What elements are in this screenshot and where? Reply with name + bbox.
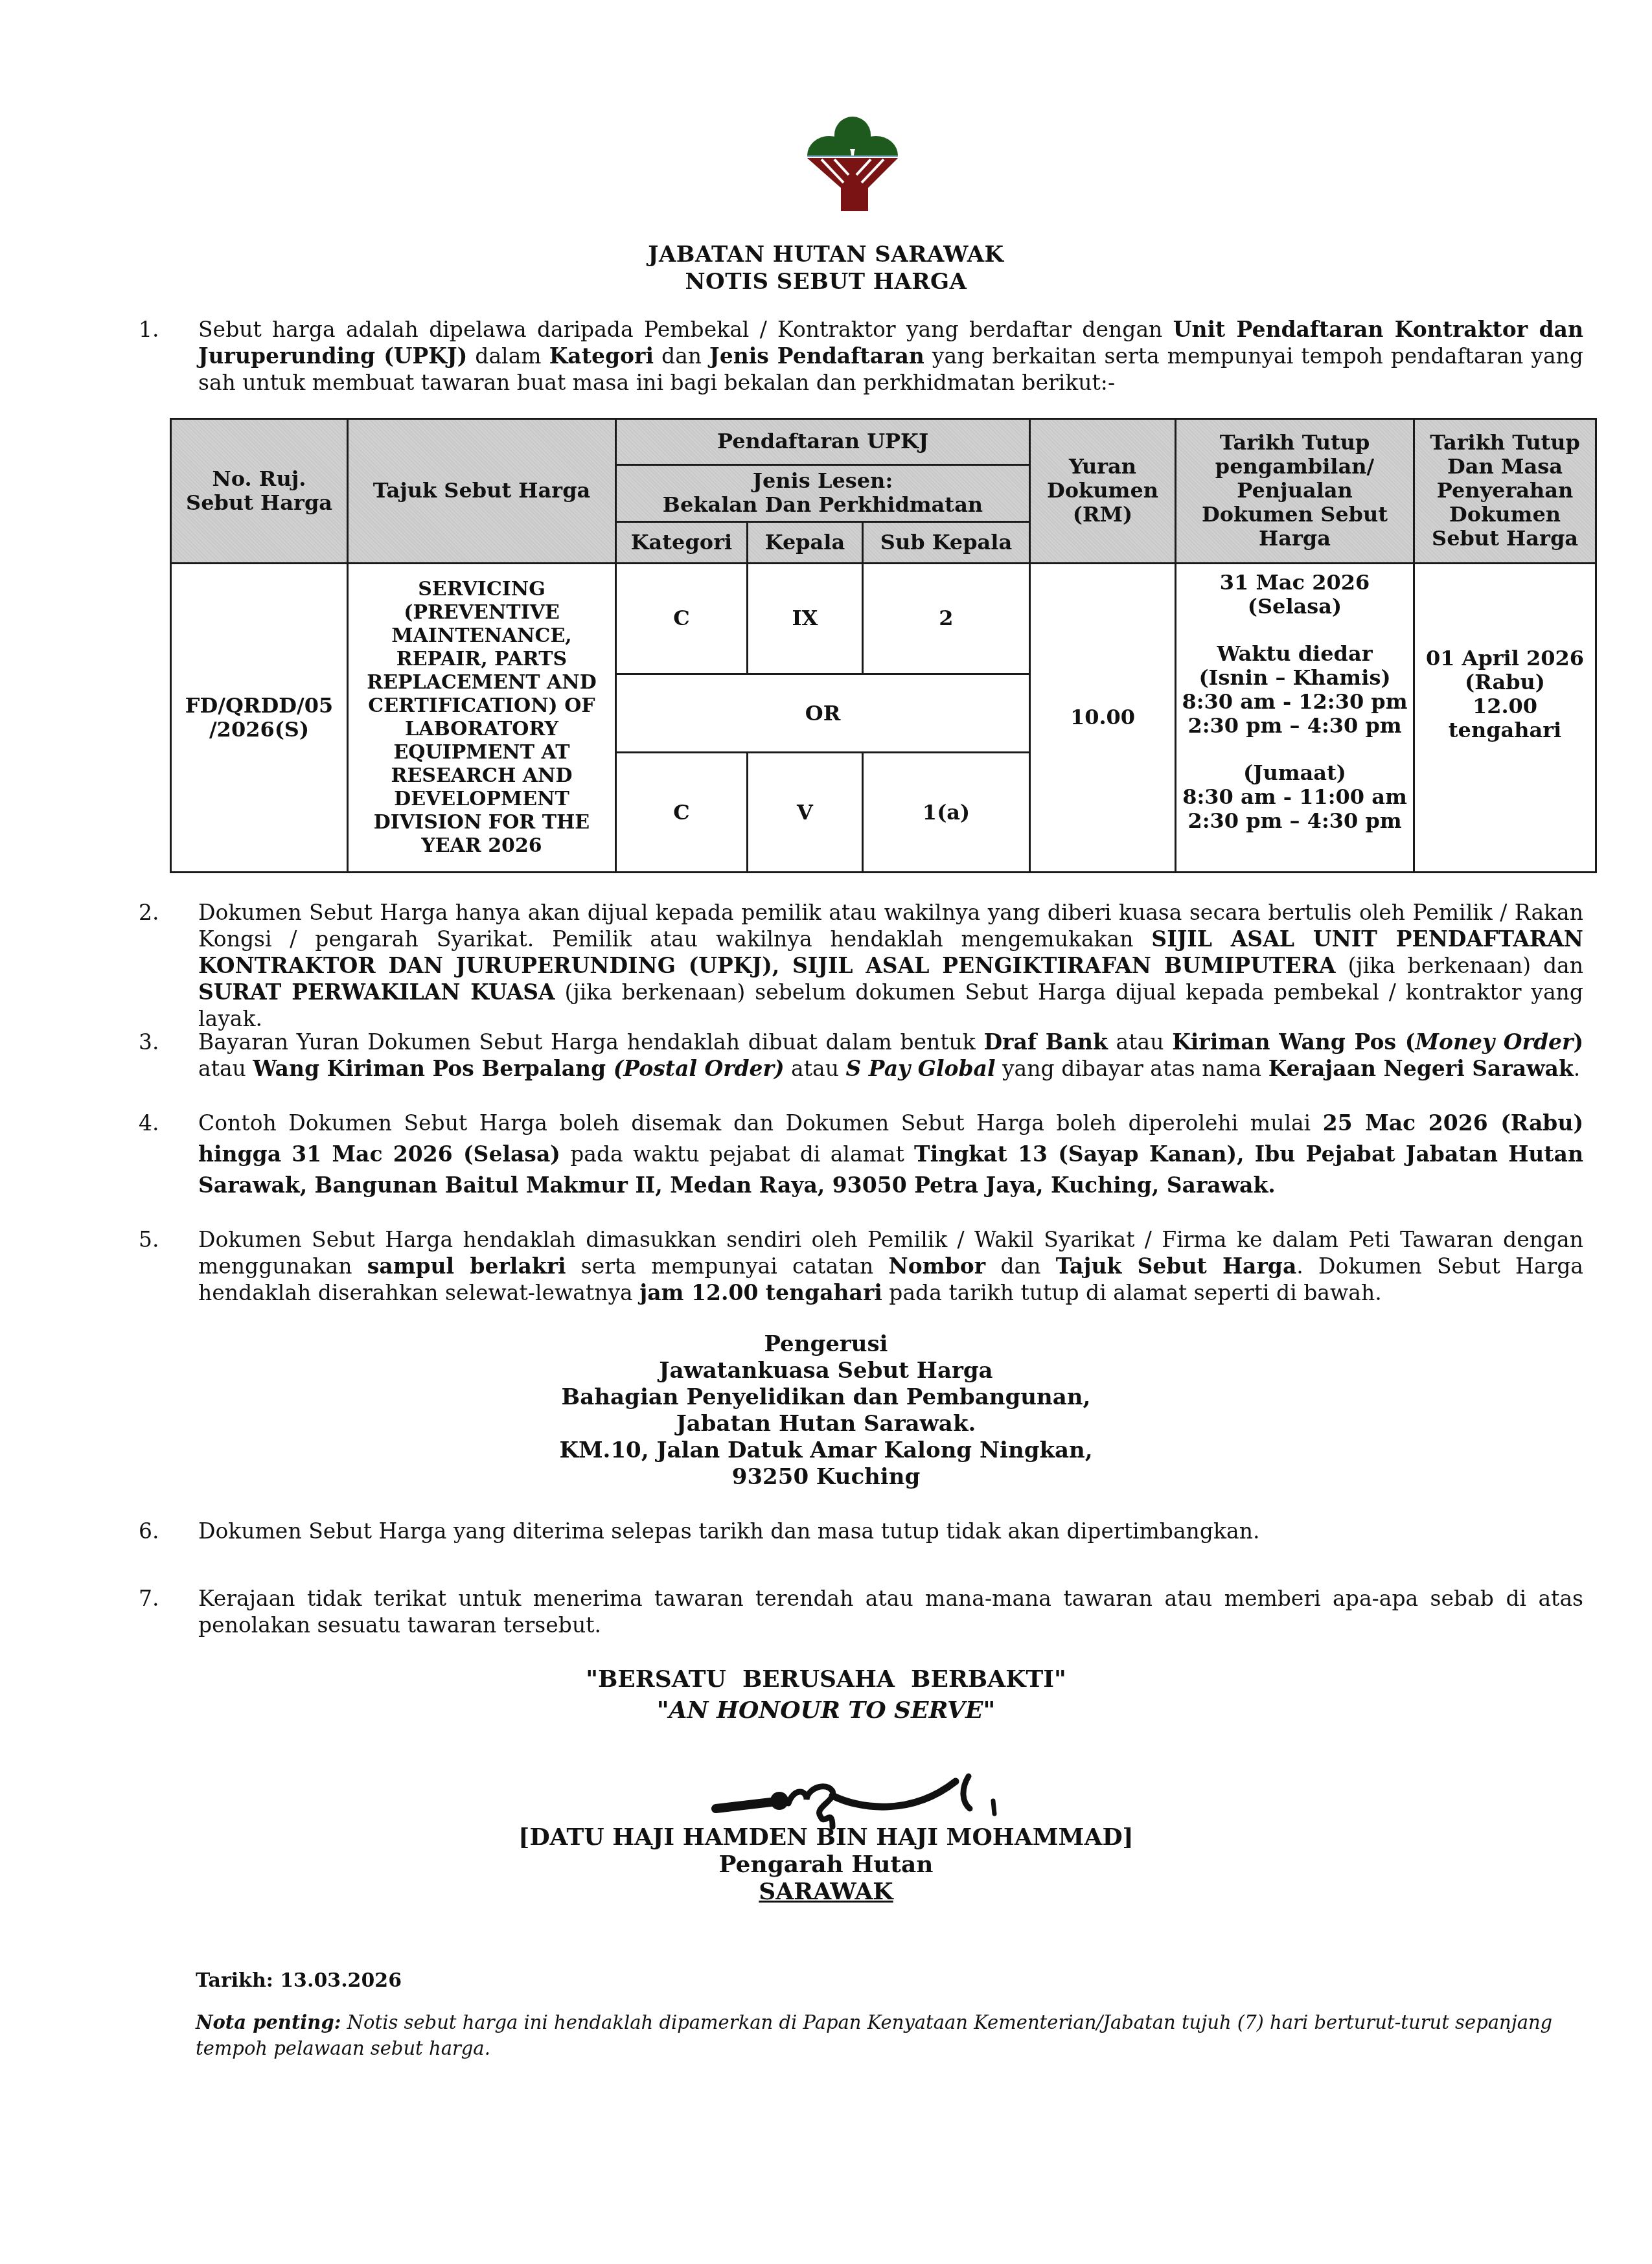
forest-department-tree-logo-icon [803, 115, 901, 212]
paragraph-5: 5. Dokumen Sebut Harga hendaklah dimasuk… [139, 1226, 1583, 1306]
friday-slot: 2:30 pm – 4:30 pm [1182, 809, 1408, 833]
bold-text: SURAT PERWAKILAN KUASA [198, 979, 555, 1005]
row-ref-no: FD/QRDD/05 /2026(S) [171, 563, 348, 872]
notice-date: Tarikh: 13.03.2026 [196, 1969, 402, 1992]
text: dan [654, 343, 709, 369]
signatory-state: SARAWAK [0, 1878, 1652, 1905]
quotation-table: No. Ruj. Sebut Harga Tajuk Sebut Harga P… [170, 418, 1597, 873]
weekdays-slot: 2:30 pm – 4:30 pm [1182, 714, 1408, 738]
text: Bayaran Yuran Dokumen Sebut Harga hendak… [198, 1029, 984, 1055]
header-license-type: Jenis Lesen: Bekalan Dan Perkhidmatan [616, 464, 1030, 521]
header-head: Kepala [748, 521, 863, 563]
address-line: Jabatan Hutan Sarawak. [0, 1411, 1652, 1437]
text: atau [785, 1056, 846, 1081]
paragraph-7: 7. Kerajaan tidak terikat untuk menerima… [139, 1585, 1583, 1638]
bold-text: Draf Bank [984, 1029, 1108, 1055]
header-subhead: Sub Kepala [863, 521, 1030, 563]
text: atau [1108, 1029, 1172, 1055]
text: dan [985, 1253, 1056, 1279]
text: serta mempunyai catatan [566, 1253, 889, 1279]
signatory-position: Pengarah Hutan [0, 1851, 1652, 1878]
row-or-label: OR [616, 674, 1030, 753]
paragraph-6: 6. Dokumen Sebut Harga yang diterima sel… [139, 1518, 1583, 1544]
text: Sebut harga adalah dipelawa daripada Pem… [198, 317, 1173, 342]
address-line: KM.10, Jalan Datuk Amar Kalong Ningkan, [0, 1437, 1652, 1464]
header-category: Kategori [616, 521, 748, 563]
note-label: Nota penting: [196, 2011, 341, 2033]
text: . [1574, 1056, 1581, 1081]
header-upkj: Pendaftaran UPKJ [616, 419, 1030, 465]
submission-period: tengahari [1420, 718, 1590, 742]
address-line: Bahagian Penyelidikan dan Pembangunan, [0, 1384, 1652, 1411]
note-text: Notis sebut harga ini hendaklah dipamerk… [196, 2011, 1552, 2059]
friday-label: (Jumaat) [1182, 761, 1408, 785]
bold-italic-text: (Postal Order) [614, 1056, 785, 1081]
bold-text: Kategori [549, 343, 654, 369]
text: atau [198, 1056, 253, 1081]
address-line: Jawatankuasa Sebut Harga [0, 1358, 1652, 1384]
friday-slot: 8:30 am - 11:00 am [1182, 785, 1408, 809]
paragraph-number: 6. [139, 1518, 178, 1544]
paragraph-number: 3. [139, 1029, 178, 1055]
bold-text: Nombor [889, 1253, 986, 1279]
signatory-name: [DATU HAJI HAMDEN BIN HAJI MOHAMMAD] [0, 1824, 1652, 1851]
paragraph-2: 2. Dokumen Sebut Harga hanya akan dijual… [139, 899, 1583, 1032]
important-note: Nota penting: Notis sebut harga ini hend… [196, 2009, 1589, 2061]
row-fee: 10.00 [1030, 563, 1176, 872]
row-reg2-category: C [616, 753, 748, 873]
paragraph-number: 4. [139, 1108, 178, 1139]
bold-text: Tajuk Sebut Harga [1056, 1253, 1297, 1279]
department-name: JABATAN HUTAN SARAWAK [0, 241, 1652, 268]
license-type-label: Jenis Lesen: [622, 469, 1024, 493]
row-reg2-subhead: 1(a) [863, 753, 1030, 873]
submission-time: 12.00 [1420, 694, 1590, 718]
text: (jika berkenaan) dan [1336, 953, 1583, 978]
notice-title-block: JABATAN HUTAN SARAWAK NOTIS SEBUT HARGA [0, 241, 1652, 295]
text: dalam [467, 343, 549, 369]
header-ref-no: No. Ruj. Sebut Harga [171, 419, 348, 564]
collection-date: 31 Mac 2026 [1182, 571, 1408, 595]
bold-text: Kiriman Wang Pos ( [1172, 1029, 1415, 1055]
signatory-block: [DATU HAJI HAMDEN BIN HAJI MOHAMMAD] Pen… [0, 1824, 1652, 1905]
header-closing-collection: Tarikh Tutup pengambilan/ Penjualan Doku… [1176, 419, 1414, 564]
paragraph-number: 5. [139, 1226, 178, 1253]
header-fee: Yuran Dokumen (RM) [1030, 419, 1176, 564]
address-line: 93250 Kuching [0, 1464, 1652, 1491]
weekdays-label: (Isnin – Khamis) [1182, 666, 1408, 690]
text: Kerajaan tidak terikat untuk menerima ta… [198, 1586, 1583, 1638]
text: pada waktu pejabat di alamat [560, 1141, 914, 1167]
row-closing-collection: 31 Mac 2026 (Selasa) Waktu diedar (Isnin… [1176, 563, 1414, 872]
paragraph-4: 4. Contoh Dokumen Sebut Harga boleh dise… [139, 1108, 1583, 1201]
license-type-value: Bekalan Dan Perkhidmatan [622, 493, 1024, 517]
weekdays-slot: 8:30 am - 12:30 pm [1182, 690, 1408, 714]
hours-label: Waktu diedar [1182, 642, 1408, 666]
bold-italic-text: S Pay Global [845, 1056, 995, 1081]
header-title: Tajuk Sebut Harga [348, 419, 616, 564]
header-closing-submission: Tarikh Tutup Dan Masa Penyerahan Dokumen… [1414, 419, 1596, 564]
row-title: SERVICING (PREVENTIVE MAINTENANCE, REPAI… [348, 563, 616, 872]
collection-day: (Selasa) [1182, 595, 1408, 619]
text: pada tarikh tutup di alamat seperti di b… [882, 1280, 1382, 1305]
submission-day: (Rabu) [1420, 670, 1590, 694]
submission-date: 01 April 2026 [1420, 646, 1590, 670]
paragraph-3: 3. Bayaran Yuran Dokumen Sebut Harga hen… [139, 1029, 1583, 1082]
bold-text: jam 12.00 tengahari [639, 1280, 882, 1305]
bold-text: Kerajaan Negeri Sarawak [1268, 1056, 1574, 1081]
motto: "BERSATU BERUSAHA BERBAKTI" "AN HONOUR T… [0, 1664, 1652, 1726]
notice-title: NOTIS SEBUT HARGA [0, 268, 1652, 295]
text: yang dibayar atas nama [995, 1056, 1268, 1081]
address-line: Pengerusi [0, 1331, 1652, 1358]
row-reg1-head: IX [748, 563, 863, 674]
bold-text: ) [1573, 1029, 1583, 1055]
motto-malay: "BERSATU BERUSAHA BERBAKTI" [0, 1664, 1652, 1695]
paragraph-number: 2. [139, 899, 178, 926]
row-reg1-category: C [616, 563, 748, 674]
row-reg2-head: V [748, 753, 863, 873]
row-reg1-subhead: 2 [863, 563, 1030, 674]
bold-text: Jenis Pendaftaran [709, 343, 924, 369]
bold-italic-text: Money Order [1415, 1029, 1573, 1055]
text: Contoh Dokumen Sebut Harga boleh disemak… [198, 1110, 1323, 1136]
bold-text: sampul berlakri [367, 1253, 566, 1279]
committee-address: Pengerusi Jawatankuasa Sebut Harga Bahag… [0, 1331, 1652, 1491]
paragraph-1: 1. Sebut harga adalah dipelawa daripada … [139, 316, 1583, 396]
paragraph-number: 1. [139, 316, 178, 343]
signature-icon [709, 1762, 1046, 1833]
bold-text: Wang Kiriman Pos Berpalang [253, 1056, 613, 1081]
row-closing-submission: 01 April 2026 (Rabu) 12.00 tengahari [1414, 563, 1596, 872]
paragraph-number: 7. [139, 1585, 178, 1612]
text: Dokumen Sebut Harga yang diterima selepa… [198, 1518, 1259, 1544]
motto-english: "AN HONOUR TO SERVE" [0, 1695, 1652, 1726]
